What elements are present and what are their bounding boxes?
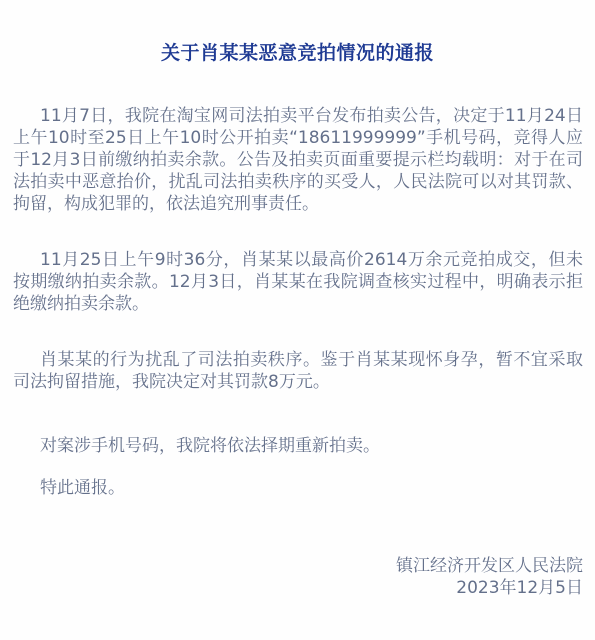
paragraph-bid-result: 11月25日上午9时36分，肖某某以最高价2614万余元竞拍成交，但未按期缴纳拍… bbox=[13, 249, 583, 315]
signature-block: 镇江经济开发区人民法院 2023年12月5日 bbox=[13, 555, 583, 599]
paragraph-auction-announcement: 11月7日，我院在淘宝网司法拍卖平台发布拍卖公告，决定于11月24日上午10时至… bbox=[13, 105, 583, 215]
issuer-name: 镇江经济开发区人民法院 bbox=[13, 555, 583, 577]
court-notice-document: 关于肖某某恶意竞拍情况的通报 11月7日，我院在淘宝网司法拍卖平台发布拍卖公告，… bbox=[0, 0, 595, 640]
notice-title: 关于肖某某恶意竞拍情况的通报 bbox=[0, 0, 595, 64]
notice-body: 11月7日，我院在淘宝网司法拍卖平台发布拍卖公告，决定于11月24日上午10时至… bbox=[0, 64, 595, 599]
paragraph-closing: 特此通报。 bbox=[13, 477, 583, 499]
issue-date: 2023年12月5日 bbox=[13, 577, 583, 599]
paragraph-re-auction: 对案涉手机号码，我院将依法择期重新拍卖。 bbox=[13, 435, 583, 457]
paragraph-penalty-decision: 肖某某的行为扰乱了司法拍卖秩序。鉴于肖某某现怀身孕，暂不宜采取司法拘留措施，我院… bbox=[13, 349, 583, 393]
